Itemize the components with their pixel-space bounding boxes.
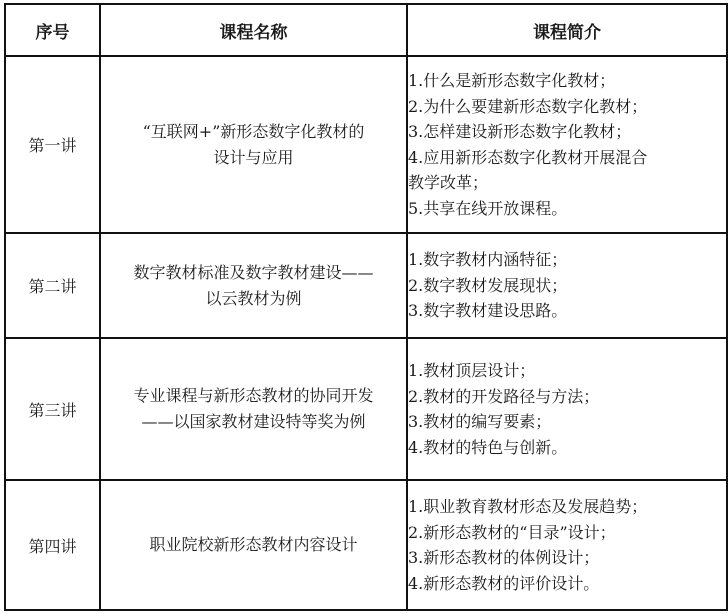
course-name-line: 专业课程与新形态教材的协同开发 [101,383,406,409]
course-name-line: 数字教材标准及数字教材建设—— [101,260,406,286]
intro-item: 1.职业教育教材形态及发展趋势； [408,494,726,520]
intro-item: 2.数字教材发展现状； [408,273,726,299]
row-seq: 第四讲 [5,480,100,610]
table-row: 第四讲 职业院校新形态教材内容设计 1.职业教育教材形态及发展趋势； 2.新形态… [5,480,727,610]
header-course-intro: 课程简介 [407,4,727,56]
intro-item: 5.共享在线开放课程。 [408,196,726,222]
table-row: 第一讲 “互联网+”新形态数字化教材的 设计与应用 1.什么是新形态数字化教材；… [5,56,727,233]
row-course-name: 专业课程与新形态教材的协同开发 ——以国家教材建设特等奖为例 [100,338,407,480]
table-row: 第二讲 数字教材标准及数字教材建设—— 以云教材为例 1.数字教材内涵特征； 2… [5,233,727,338]
course-name-line: ——以国家教材建设特等奖为例 [101,409,406,435]
course-name-line: 以云教材为例 [101,286,406,312]
intro-item: 2.为什么要建新形态数字化教材； [408,94,726,120]
intro-item: 1.什么是新形态数字化教材； [408,68,726,94]
intro-item: 3.数字教材建设思路。 [408,298,726,324]
table-row: 第三讲 专业课程与新形态教材的协同开发 ——以国家教材建设特等奖为例 1.教材顶… [5,338,727,480]
row-course-name: 职业院校新形态教材内容设计 [100,480,407,610]
intro-item: 4.新形态教材的评价设计。 [408,571,726,597]
intro-item: 1.教材顶层设计； [408,358,726,384]
intro-item: 1.数字教材内涵特征； [408,247,726,273]
header-course-name: 课程名称 [100,4,407,56]
intro-item: 2.新形态教材的“目录”设计； [408,520,726,546]
row-seq: 第二讲 [5,233,100,338]
course-name-line: 设计与应用 [101,145,406,171]
row-course-name: “互联网+”新形态数字化教材的 设计与应用 [100,56,407,233]
course-name-line: 职业院校新形态教材内容设计 [101,532,406,558]
row-seq: 第三讲 [5,338,100,480]
intro-item: 3.新形态教材的体例设计； [408,545,726,571]
course-name-line: “互联网+”新形态数字化教材的 [101,119,406,145]
intro-item: 4.应用新形态数字化教材开展混合 [408,145,726,171]
course-table: 序号 课程名称 课程简介 第一讲 “互联网+”新形态数字化教材的 设计与应用 1… [4,3,728,611]
intro-item: 4.教材的特色与创新。 [408,435,726,461]
row-course-intro: 1.数字教材内涵特征； 2.数字教材发展现状； 3.数字教材建设思路。 [407,233,727,338]
intro-item: 3.怎样建设新形态数字化教材； [408,119,726,145]
row-seq: 第一讲 [5,56,100,233]
row-course-name: 数字教材标准及数字教材建设—— 以云教材为例 [100,233,407,338]
row-course-intro: 1.教材顶层设计； 2.教材的开发路径与方法； 3.教材的编写要素； 4.教材的… [407,338,727,480]
intro-item: 教学改革； [408,170,726,196]
intro-item: 2.教材的开发路径与方法； [408,384,726,410]
header-row: 序号 课程名称 课程简介 [5,4,727,56]
intro-item: 3.教材的编写要素； [408,409,726,435]
header-seq: 序号 [5,4,100,56]
row-course-intro: 1.职业教育教材形态及发展趋势； 2.新形态教材的“目录”设计； 3.新形态教材… [407,480,727,610]
row-course-intro: 1.什么是新形态数字化教材； 2.为什么要建新形态数字化教材； 3.怎样建设新形… [407,56,727,233]
